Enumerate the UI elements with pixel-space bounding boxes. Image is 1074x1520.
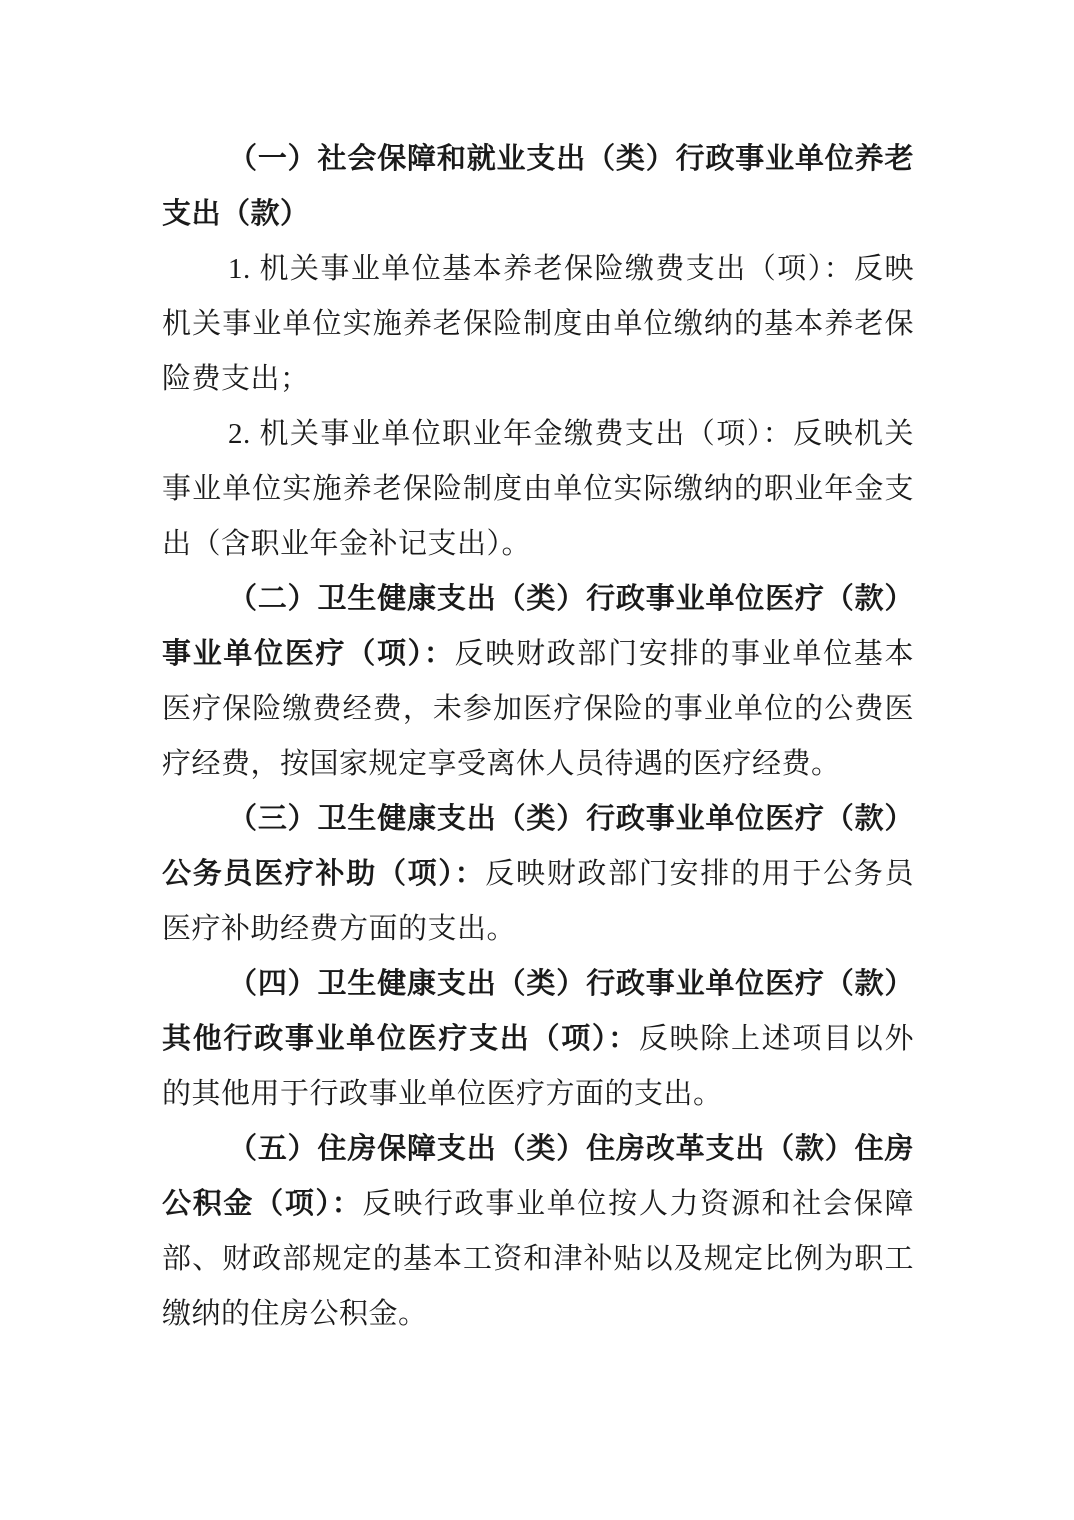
section-2-paragraph: （二）卫生健康支出（类）行政事业单位医疗（款）事业单位医疗（项）：反映财政部门安… (162, 572, 914, 792)
section-1-item-1: 1. 机关事业单位基本养老保险缴费支出（项）：反映机关事业单位实施养老保险制度由… (162, 242, 914, 407)
document-page: （一）社会保障和就业支出（类）行政事业单位养老支出（款）1. 机关事业单位基本养… (0, 0, 1074, 1520)
section-1-heading: （一）社会保障和就业支出（类）行政事业单位养老支出（款） (162, 132, 914, 242)
body-text-run: 2. 机关事业单位职业年金缴费支出（项）：反映机关事业单位实施养老保险制度由单位… (162, 418, 914, 560)
heading-text-run: （一）社会保障和就业支出（类）行政事业单位养老支出（款） (162, 143, 914, 230)
document-body: （一）社会保障和就业支出（类）行政事业单位养老支出（款）1. 机关事业单位基本养… (162, 132, 914, 1342)
section-3-paragraph: （三）卫生健康支出（类）行政事业单位医疗（款）公务员医疗补助（项）：反映财政部门… (162, 792, 914, 957)
body-text-run: 1. 机关事业单位基本养老保险缴费支出（项）：反映机关事业单位实施养老保险制度由… (162, 253, 914, 395)
section-4-paragraph: （四）卫生健康支出（类）行政事业单位医疗（款）其他行政事业单位医疗支出（项）：反… (162, 957, 914, 1122)
section-1-item-2: 2. 机关事业单位职业年金缴费支出（项）：反映机关事业单位实施养老保险制度由单位… (162, 407, 914, 572)
section-5-paragraph: （五）住房保障支出（类）住房改革支出（款）住房公积金（项）：反映行政事业单位按人… (162, 1122, 914, 1342)
